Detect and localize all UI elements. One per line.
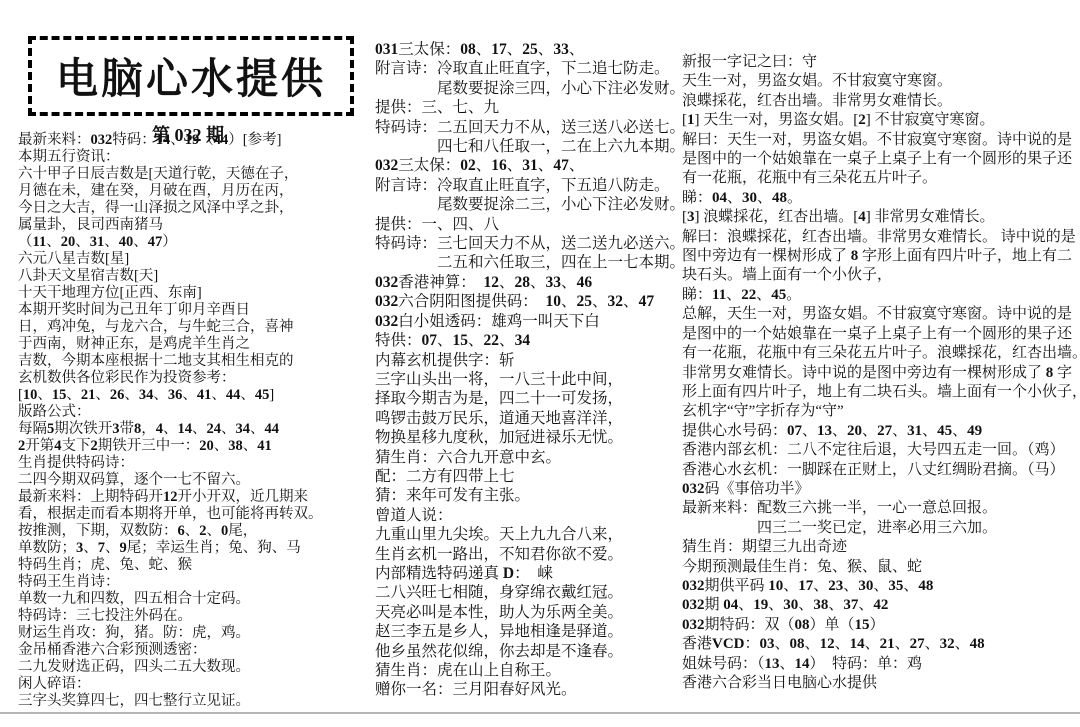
text-line: 尾数要捉涂二三，小心下注必发财。	[375, 195, 677, 214]
text-line: 今期预测最佳生肖：兔、猴、鼠、蛇	[682, 558, 1080, 577]
text-line: 九重山里九尖埃。天上九九合八来，	[375, 525, 677, 544]
text-line: 香港心水玄机：一脚踩在正财上，八丈红绸盼君摘。（马）	[682, 461, 1080, 480]
text-line: 032期 04、19、30、38、37、42	[682, 596, 1080, 615]
text-line: 032期供平码 10、17、23、30、35、48	[682, 577, 1080, 596]
text-line: 物换星移九度秋，加冠进禄乐无忧。	[375, 428, 677, 447]
page: 电脑心水提供 第 032 期 最新来料：032特码：14、19（44）[参考]本…	[0, 0, 1080, 727]
text-line: 猜：来年可发有主张。	[375, 486, 677, 505]
right-column: 新报一字记之曰：守天生一对，男盗女娼。不甘寂寞守寒窗。浪蝶採花，红杏出墙。非常男…	[682, 53, 1080, 693]
text-line: 按推测，下期，双数防：6、2、0尾，	[18, 523, 368, 540]
text-line: 总解，天生一对，男盗女娼。不甘寂寞守寒窗。诗中说的是	[682, 305, 1080, 324]
text-line: 十天干地理方位[正西、东南]	[18, 285, 368, 302]
title-box: 电脑心水提供	[28, 36, 354, 116]
text-line: 于西南，财神正东，是鸡虎羊生肖之	[18, 336, 368, 353]
text-line: 睇：11、22、45。	[682, 286, 1080, 305]
text-line: 附言诗：冷取直止旺直字，下二追七防走。	[375, 59, 677, 78]
text-line: 三字头奖算四七，四七整行立见证。	[18, 693, 368, 710]
text-line: 内部精选特码递真 D： 崃	[375, 564, 677, 583]
text-line: 是图中的一个姑娘靠在一桌子上桌子上有一个圆形的果子还	[682, 325, 1080, 344]
text-line: 最新来料：上期特码开12开小开双，近几期来	[18, 489, 368, 506]
text-line: 香港内部玄机：二八不定往后退，大号四五走一回。（鸡）	[682, 441, 1080, 460]
text-line: 提供：一、四、八	[375, 215, 677, 234]
text-line: 032期特码：双（08）单（15）	[682, 616, 1080, 635]
text-line: 姐妹号码：（13、14） 特码：单：鸡	[682, 655, 1080, 674]
text-line: 赠你一名：三月阳春好风光。	[375, 680, 677, 699]
text-line: 浪蝶採花，红杏出墙。非常男女难情长。	[682, 92, 1080, 111]
text-line: 2开第4支下2期铁开三中一：20、38、41	[18, 438, 368, 455]
text-line: 二九发财选正码，四头二五大数现。	[18, 659, 368, 676]
text-line: 032白小姐透码：雄鸡一叫天下白	[375, 312, 677, 331]
text-line: 提供心水号码：07、13、20、27、31、45、49	[682, 422, 1080, 441]
text-line: 提供：三、七、九	[375, 98, 677, 117]
text-line: 猜生肖：期望三九出奇迹	[682, 538, 1080, 557]
text-line: 二八兴旺七相随，身穿绵衣戴红冠。	[375, 583, 677, 602]
text-line: 032三太保：02、16、31、47、	[375, 156, 677, 175]
text-line: 天亮必叫是本性，助人为乐两全美。	[375, 603, 677, 622]
text-line: 六十甲子日辰吉数是[天道行乾，天德在子，	[18, 166, 368, 183]
text-line: 玄机数供各位彩民作为投资参考：	[18, 370, 368, 387]
text-line: 生肖提供特码诗：	[18, 455, 368, 472]
text-line: 择取今期吉为是，四二十一可发扬，	[375, 389, 677, 408]
text-line: 有一花瓶，花瓶中有三朵花五片叶子。	[682, 169, 1080, 188]
text-line: 八卦天文星宿吉数[天]	[18, 268, 368, 285]
text-line: 猜生肖：六合九开意中玄。	[375, 448, 677, 467]
text-line: 内幕玄机提供字：斩	[375, 351, 677, 370]
text-line: 新报一字记之曰：守	[682, 53, 1080, 72]
text-line: 附言诗：冷取直止旺直字，下五追八防走。	[375, 176, 677, 195]
text-line: 032香港神算： 12、28、33、46	[375, 273, 677, 292]
text-line: 特码诗：三七投注外码在。	[18, 608, 368, 625]
text-line: 031三太保：08、17、25、33、	[375, 40, 677, 59]
text-line: 解曰：天生一对，男盗女娼。不甘寂寞守寒窗。诗中说的是	[682, 131, 1080, 150]
text-line: 032码《事倍功半》	[682, 480, 1080, 499]
page-title: 电脑心水提供	[56, 46, 326, 106]
text-line: 金吊桶香港六合彩预测透密：	[18, 642, 368, 659]
text-line: （11、20、31、40、47）	[18, 234, 368, 251]
text-line: 特供：07、15、22、34	[375, 331, 677, 350]
text-line: 有一花瓶，花瓶中有三朵花五片叶子。浪蝶採花，红杏出墙。	[682, 344, 1080, 363]
text-line: 尾数要捉涂三四，小心下注必发财。	[375, 79, 677, 98]
text-line: 形上面有四片叶子，地上有二块石头。墙上面有一个小伙子，	[682, 383, 1080, 402]
text-line: 本期五行资讯：	[18, 149, 368, 166]
text-line: 三字山头出一将，一八三十此中间，	[375, 370, 677, 389]
text-line: 配：二方有四带上七	[375, 467, 677, 486]
text-line: 闲人碎语：	[18, 676, 368, 693]
text-line: 最新来料：配数三六挑一半，一心一意总回报。	[682, 499, 1080, 518]
text-line: 今日之大吉，得一山泽损之风泽中孚之卦，	[18, 200, 368, 217]
text-line: 每隔5期次铁开3带8，4、14、24、34、44	[18, 421, 368, 438]
text-line: 单数一九和四数，四五相合十定码。	[18, 591, 368, 608]
text-line: 最新来料：032特码：14、19（44）[参考]	[18, 132, 368, 149]
text-line: 非常男女难情长。诗中说的是图中旁边有一棵树形成了 8 字	[682, 364, 1080, 383]
text-line: 月德在未，建在癸，月破在酉，月历在丙，	[18, 183, 368, 200]
text-line: 六元八星吉数[星]	[18, 251, 368, 268]
text-line: 玄机字“守”字折存为“守”	[682, 402, 1080, 421]
text-line: 图中旁边有一棵树形成了 8 字形上面有四片叶子，地上有二	[682, 247, 1080, 266]
text-line: 二五和六任取三，四在上一七本期。	[375, 253, 677, 272]
text-line: 块石头。墙上面有一个小伙子，	[682, 266, 1080, 285]
text-line: 本期开奖时间为己丑年丁卯月辛酉日	[18, 302, 368, 319]
text-line: 特码生肖；虎、兔、蛇、猴	[18, 557, 368, 574]
text-line: 猜生肖：虎在山上自称王。	[375, 661, 677, 680]
text-line: 版路公式：	[18, 404, 368, 421]
text-line: [10、15、21、26、34、36、41、44、45]	[18, 387, 368, 404]
text-line: 四三二一奖已定，进率必用三六加。	[682, 519, 1080, 538]
left-column: 最新来料：032特码：14、19（44）[参考]本期五行资讯：六十甲子日辰吉数是…	[18, 132, 368, 710]
text-line: 曾道人说：	[375, 506, 677, 525]
text-line: 特码诗：三七回天力不从，送二送九必送六。	[375, 234, 677, 253]
text-line: 是图中的一个姑娘靠在一桌子上桌子上有一个圆形的果子还	[682, 150, 1080, 169]
text-line: [1] 天生一对，男盗女娼。[2] 不甘寂寞守寒窗。	[682, 111, 1080, 130]
text-line: 日，鸡冲兔，与龙六合，与牛蛇三合，喜神	[18, 319, 368, 336]
text-line: 鸣锣击鼓万民乐，道通天地喜洋洋，	[375, 409, 677, 428]
text-line: 天生一对，男盗女娼。不甘寂寞守寒窗。	[682, 72, 1080, 91]
text-line: [3] 浪蝶採花，红杏出墙。[4] 非常男女难情长。	[682, 208, 1080, 227]
text-line: 香港VCD：03、08、12、14、21、27、32、48	[682, 635, 1080, 654]
text-line: 吉数，今期本座根据十二地支其相生相克的	[18, 353, 368, 370]
text-line: 生肖玄机一路出，不知君你欲不爱。	[375, 545, 677, 564]
text-line: 财运生肖攻：狗，猪。防：虎，鸡。	[18, 625, 368, 642]
text-line: 解曰：浪蝶採花，红杏出墙。非常男女难情长。 诗中说的是	[682, 228, 1080, 247]
text-line: 赵三李五是乡人，异地相逢是驿道。	[375, 622, 677, 641]
middle-column: 031三太保：08、17、25、33、附言诗：冷取直止旺直字，下二追七防走。 尾…	[375, 40, 677, 700]
text-line: 单数防；3、7、9尾；幸运生肖；兔、狗、马	[18, 540, 368, 557]
text-line: 香港六合彩当日电脑心水提供	[682, 674, 1080, 693]
text-line: 032六合阴阳图提供码： 10、25、32、47	[375, 292, 677, 311]
text-line: 他乡虽然花似绵，你去却是不逢春。	[375, 642, 677, 661]
text-line: 看，根据走而看本期将开单，也可能将再转双。	[18, 506, 368, 523]
text-line: 特码诗：二五回天力不从，送三送八必送七。	[375, 118, 677, 137]
text-line: 睇：04、30、48。	[682, 189, 1080, 208]
text-line: 特码王生肖诗：	[18, 574, 368, 591]
text-line: 属量卦，艮司西南猪马	[18, 217, 368, 234]
text-line: 二四今期双码算，逐个一七不留六。	[18, 472, 368, 489]
text-line: 四七和八任取一，二在上六九本期。	[375, 137, 677, 156]
bottom-divider	[0, 712, 1080, 714]
